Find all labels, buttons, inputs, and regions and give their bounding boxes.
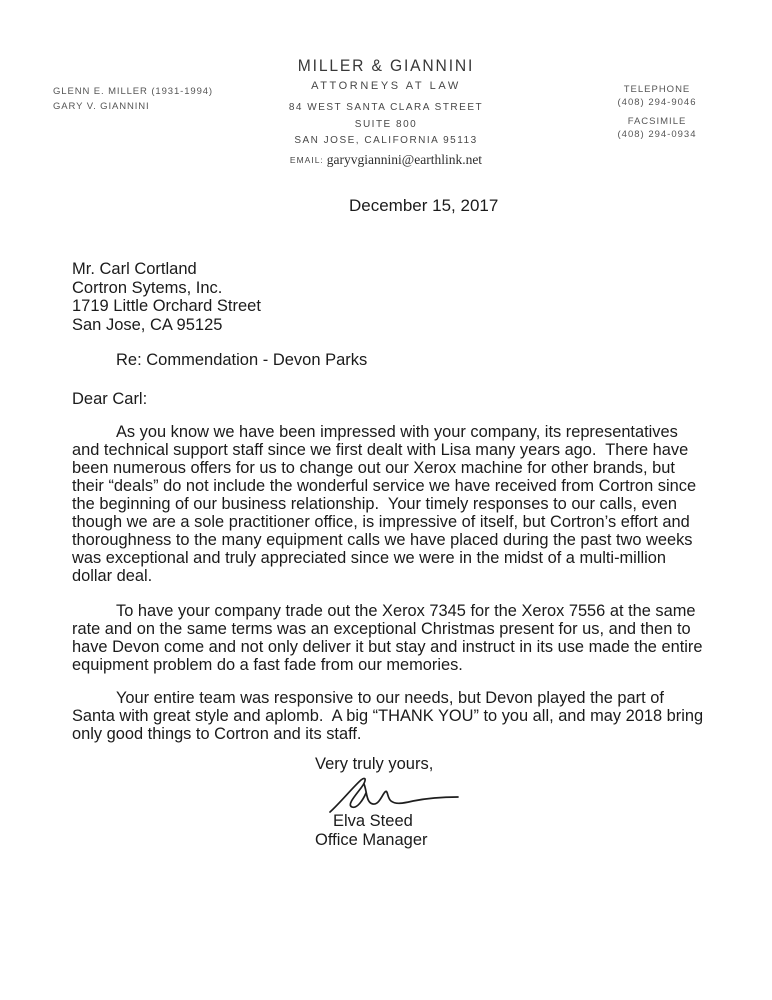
letter-body: As you know we have been impressed with … bbox=[72, 423, 714, 760]
body-paragraph: To have your company trade out the Xerox… bbox=[72, 602, 714, 674]
facsimile-label: FACSIMILE bbox=[592, 115, 722, 128]
body-line: As you know we have been impressed with … bbox=[72, 423, 714, 441]
body-line: Your entire team was responsive to our n… bbox=[72, 689, 714, 707]
signature-handwriting-icon bbox=[318, 776, 468, 816]
recipient-address: Mr. Carl Cortland Cortron Sytems, Inc. 1… bbox=[72, 260, 261, 334]
body-line: their “deals” do not include the wonderf… bbox=[72, 477, 714, 495]
body-line: dollar deal. bbox=[72, 567, 714, 585]
body-line: Santa with great style and aplomb. A big… bbox=[72, 707, 714, 725]
body-line: been numerous offers for us to change ou… bbox=[72, 459, 714, 477]
firm-email-line: EMAIL:garyvgiannini@earthlink.net bbox=[0, 151, 772, 169]
letter-page: GLENN E. MILLER (1931-1994) GARY V. GIAN… bbox=[0, 0, 772, 1000]
body-paragraph: Your entire team was responsive to our n… bbox=[72, 689, 714, 743]
salutation: Dear Carl: bbox=[72, 390, 147, 409]
recipient-city: San Jose, CA 95125 bbox=[72, 316, 261, 335]
contact-block: TELEPHONE (408) 294-9046 FACSIMILE (408)… bbox=[592, 83, 722, 141]
firm-name: MILLER & GIANNINI bbox=[31, 56, 741, 76]
signature-title: Office Manager bbox=[315, 831, 428, 850]
recipient-company: Cortron Sytems, Inc. bbox=[72, 279, 261, 298]
body-line: was exceptional and truly appreciated si… bbox=[72, 549, 714, 567]
body-line: the beginning of our business relationsh… bbox=[72, 495, 714, 513]
body-line: have Devon come and not only deliver it … bbox=[72, 638, 714, 656]
body-line: thoroughness to the many equipment calls… bbox=[72, 531, 714, 549]
body-line: only good things to Cortron and its staf… bbox=[72, 725, 714, 743]
recipient-name: Mr. Carl Cortland bbox=[72, 260, 261, 279]
telephone-label: TELEPHONE bbox=[592, 83, 722, 96]
body-line: To have your company trade out the Xerox… bbox=[72, 602, 714, 620]
body-line: equipment problem do a fast fade from ou… bbox=[72, 656, 714, 674]
telephone-number: (408) 294-9046 bbox=[592, 96, 722, 109]
re-line: Re: Commendation - Devon Parks bbox=[116, 351, 367, 370]
body-line: rate and on the same terms was an except… bbox=[72, 620, 714, 638]
body-paragraph: As you know we have been impressed with … bbox=[72, 423, 714, 585]
signature-name: Elva Steed bbox=[333, 812, 413, 831]
closing-phrase: Very truly yours, bbox=[315, 755, 433, 774]
email-label: EMAIL: bbox=[290, 155, 324, 165]
facsimile-number: (408) 294-0934 bbox=[592, 128, 722, 141]
recipient-street: 1719 Little Orchard Street bbox=[72, 297, 261, 316]
body-line: and technical support staff since we fir… bbox=[72, 441, 714, 459]
body-line: though we are a sole practitioner office… bbox=[72, 513, 714, 531]
letter-date: December 15, 2017 bbox=[349, 196, 498, 216]
email-address: garyvgiannini@earthlink.net bbox=[327, 152, 482, 167]
